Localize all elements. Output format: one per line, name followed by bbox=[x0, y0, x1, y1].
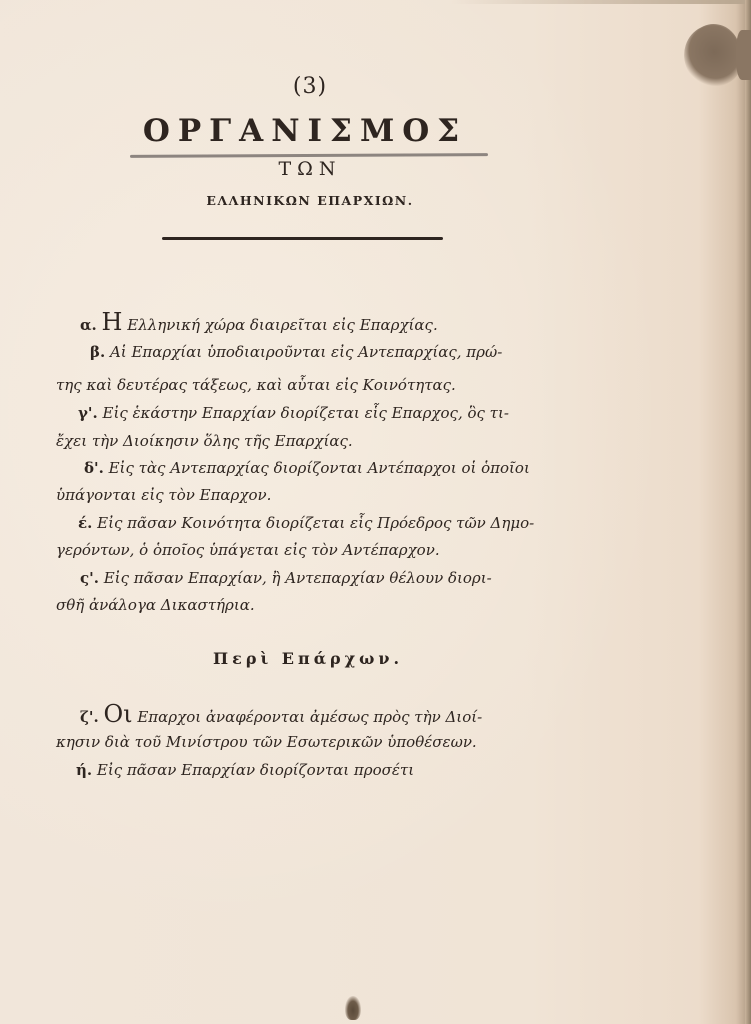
article-line: ἔχει τὴν Διοίκησιν ὅλης τῆς Επαρχίας. bbox=[56, 432, 353, 450]
article-number: β. bbox=[90, 343, 105, 361]
article-text: Εἰς πᾶσαν Κοινότητα διορίζεται εἷς Πρόεδ… bbox=[97, 514, 534, 532]
article-text: της καὶ δευτέρας τάξεως, καὶ αὗται εἰς Κ… bbox=[56, 376, 456, 394]
article-number: γ'. bbox=[78, 404, 98, 422]
document-title: ΟΡΓΑΝΙΣΜΟΣ bbox=[140, 113, 470, 149]
article-number: ς'. bbox=[80, 569, 99, 587]
article-text: Αἱ Επαρχίαι ὑποδιαιροῦνται εἰς Αντεπαρχί… bbox=[110, 343, 502, 361]
article-text: Ελληνική χώρα διαιρεῖται εἰς Επαρχίας. bbox=[127, 316, 437, 334]
article-text: Εἰς ἑκάστην Επαρχίαν διορίζεται εἷς Επαρ… bbox=[103, 404, 509, 422]
title-article: ΤΩΝ bbox=[260, 158, 360, 180]
paper-stain-edge bbox=[736, 30, 751, 80]
article-number: έ. bbox=[78, 514, 92, 532]
article-number: δ'. bbox=[84, 459, 104, 477]
title-rule-divider bbox=[162, 237, 443, 240]
article-line: κησιν διὰ τοῦ Μινίστρου τῶν Εσωτερικῶν ὑ… bbox=[56, 733, 477, 751]
article-line: γ'. Εἰς ἑκάστην Επαρχίαν διορίζεται εἷς … bbox=[78, 404, 509, 422]
article-line: β. Αἱ Επαρχίαι ὑποδιαιροῦνται εἰς Αντεπα… bbox=[90, 343, 502, 361]
article-text: κησιν διὰ τοῦ Μινίστρου τῶν Εσωτερικῶν ὑ… bbox=[56, 733, 477, 751]
drop-letter: Οι bbox=[103, 700, 132, 728]
article-text: γερόντων, ὁ ὁποῖος ὑπάγεται εἰς τὸν Αντέ… bbox=[56, 541, 440, 559]
document-subtitle: ΕΛΛΗΝΙΚΩΝ ΕΠΑΡΧΙΩΝ. bbox=[160, 193, 460, 208]
section-heading: Περὶ Επάρχων. bbox=[213, 649, 403, 668]
article-line: ή. Εἰς πᾶσαν Επαρχίαν διορίζονται προσέτ… bbox=[76, 761, 414, 779]
page-number: (3) bbox=[290, 74, 330, 99]
page-right-edge bbox=[745, 0, 751, 1024]
article-text: ὑπάγονται εἰς τὸν Επαρχον. bbox=[56, 486, 271, 504]
article-text: ἔχει τὴν Διοίκησιν ὅλης τῆς Επαρχίας. bbox=[56, 432, 353, 450]
article-line: σθῆ ἀνάλογα Δικαστήρια. bbox=[56, 596, 255, 614]
article-text: Εἰς τὰς Αντεπαρχίας διορίζονται Αντέπαρχ… bbox=[109, 459, 530, 477]
article-line: δ'. Εἰς τὰς Αντεπαρχίας διορίζονται Αντέ… bbox=[84, 459, 530, 477]
article-text: Εἰς πᾶσαν Επαρχίαν, ἢ Αντεπαρχίαν θέλουν… bbox=[104, 569, 492, 587]
drop-letter: Η bbox=[102, 308, 123, 336]
article-line: α. Η Ελληνική χώρα διαιρεῖται εἰς Επαρχί… bbox=[80, 308, 438, 336]
article-line: ὑπάγονται εἰς τὸν Επαρχον. bbox=[56, 486, 271, 504]
article-line: ζ'. Οι Επαρχοι ἀναφέρονται ἀμέσως πρὸς τ… bbox=[80, 700, 482, 728]
article-text: σθῆ ἀνάλογα Δικαστήρια. bbox=[56, 596, 255, 614]
article-line: της καὶ δευτέρας τάξεως, καὶ αὗται εἰς Κ… bbox=[56, 376, 456, 394]
article-line: γερόντων, ὁ ὁποῖος ὑπάγεται εἰς τὸν Αντέ… bbox=[56, 541, 440, 559]
scanned-page: (3) ΟΡΓΑΝΙΣΜΟΣ ΤΩΝ ΕΛΛΗΝΙΚΩΝ ΕΠΑΡΧΙΩΝ. α… bbox=[0, 0, 751, 1024]
article-text: Εἰς πᾶσαν Επαρχίαν διορίζονται προσέτι bbox=[97, 761, 414, 779]
article-number: ή. bbox=[76, 761, 92, 779]
article-text: Επαρχοι ἀναφέρονται ἀμέσως πρὸς τὴν Διοί… bbox=[137, 708, 482, 726]
binding-mark bbox=[345, 996, 361, 1020]
page-top-edge bbox=[0, 0, 751, 4]
article-line: έ. Εἰς πᾶσαν Κοινότητα διορίζεται εἷς Πρ… bbox=[78, 514, 534, 532]
article-line: ς'. Εἰς πᾶσαν Επαρχίαν, ἢ Αντεπαρχίαν θέ… bbox=[80, 569, 492, 587]
article-number: ζ'. bbox=[80, 708, 99, 726]
article-number: α. bbox=[80, 316, 97, 334]
